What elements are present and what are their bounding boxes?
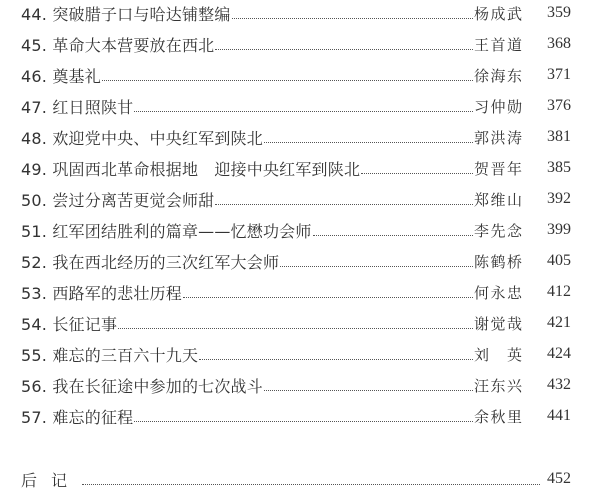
- toc-entry[interactable]: 53. 西路军的悲壮历程 何永忠 412: [21, 279, 571, 305]
- toc-entry[interactable]: 55. 难忘的三百六十九天 刘英 424: [21, 341, 571, 367]
- entry-author: 郑维山: [474, 189, 522, 210]
- entry-author: 陈鹤桥: [474, 251, 522, 272]
- entry-title: 56. 我在长征途中参加的七次战斗: [21, 374, 263, 397]
- toc-entry[interactable]: 52. 我在西北经历的三次红军大会师 陈鹤桥 405: [21, 248, 571, 274]
- toc-entry[interactable]: 54. 长征记事 谢觉哉 421: [21, 310, 571, 336]
- dot-leader: [313, 234, 473, 236]
- dot-leader: [134, 420, 473, 422]
- toc-entry[interactable]: 47. 红日照陕甘 习仲勋 376: [21, 93, 571, 119]
- entry-title: 53. 西路军的悲壮历程: [21, 281, 182, 304]
- toc-entry[interactable]: 44. 突破腊子口与哈达铺整编 杨成武 359: [21, 0, 571, 26]
- entry-author: 徐海东: [474, 65, 522, 86]
- entry-author: 刘英: [474, 344, 522, 365]
- entry-page-number: 368: [541, 35, 571, 53]
- entry-page-number: 421: [541, 314, 571, 332]
- entry-title: 45. 革命大本营要放在西北: [21, 33, 214, 56]
- toc-entry[interactable]: 56. 我在长征途中参加的七次战斗 汪东兴 432: [21, 372, 571, 398]
- toc-entry[interactable]: 45. 革命大本营要放在西北 王首道 368: [21, 31, 571, 57]
- entry-page-number: 376: [541, 97, 571, 115]
- dot-leader: [361, 172, 473, 174]
- entry-page-number: 359: [541, 4, 571, 22]
- toc-entry[interactable]: 46. 奠基礼 徐海东 371: [21, 62, 571, 88]
- entry-title: 54. 长征记事: [21, 312, 117, 335]
- dot-leader: [199, 358, 473, 360]
- entry-title: 57. 难忘的征程: [21, 405, 133, 428]
- entry-author: 余秋里: [474, 406, 522, 427]
- entry-title: 46. 奠基礼: [21, 64, 101, 87]
- entry-page-number: 399: [541, 221, 571, 239]
- entry-page-number: 424: [541, 345, 571, 363]
- entry-title: 48. 欢迎党中央、中央红军到陕北: [21, 126, 263, 149]
- entry-page-number: 412: [541, 283, 571, 301]
- dot-leader: [280, 265, 473, 267]
- entry-page-number: 432: [541, 376, 571, 394]
- entry-author: 汪东兴: [474, 375, 522, 396]
- dot-leader: [102, 79, 473, 81]
- dot-leader: [183, 296, 473, 298]
- afterword-page-number: 452: [541, 470, 571, 488]
- toc-entry[interactable]: 51. 红军团结胜利的篇章——忆懋功会师 李先念 399: [21, 217, 571, 243]
- entry-page-number: 371: [541, 66, 571, 84]
- entry-page-number: 385: [541, 159, 571, 177]
- entry-title: 51. 红军团结胜利的篇章——忆懋功会师: [21, 219, 312, 242]
- entry-author: 习仲勋: [474, 96, 522, 117]
- dot-leader: [134, 110, 473, 112]
- entry-title: 47. 红日照陕甘: [21, 95, 133, 118]
- entry-author: 杨成武: [474, 3, 522, 24]
- toc-entry[interactable]: 49. 巩固西北革命根据地 迎接中央红军到陕北 贺晋年 385: [21, 155, 571, 181]
- entry-page-number: 405: [541, 252, 571, 270]
- dot-leader: [118, 327, 473, 329]
- dot-leader: [215, 203, 473, 205]
- dot-leader: [82, 483, 540, 485]
- entry-author: 郭洪涛: [474, 127, 522, 148]
- dot-leader: [232, 17, 473, 19]
- entry-author: 何永忠: [474, 282, 522, 303]
- entry-title: 50. 尝过分离苦更觉会师甜: [21, 188, 214, 211]
- entry-title: 52. 我在西北经历的三次红军大会师: [21, 250, 279, 273]
- afterword-title: 后记: [21, 468, 81, 491]
- entry-page-number: 381: [541, 128, 571, 146]
- entry-author: 谢觉哉: [474, 313, 522, 334]
- toc-entry[interactable]: 57. 难忘的征程 余秋里 441: [21, 403, 571, 429]
- entry-title: 44. 突破腊子口与哈达铺整编: [21, 2, 231, 25]
- entry-title: 49. 巩固西北革命根据地 迎接中央红军到陕北: [21, 157, 360, 180]
- toc-entry-afterword[interactable]: 后记 452: [21, 466, 571, 491]
- entry-page-number: 392: [541, 190, 571, 208]
- entry-author: 贺晋年: [474, 158, 522, 179]
- entry-author: 王首道: [474, 34, 522, 55]
- dot-leader: [264, 141, 473, 143]
- toc-entry[interactable]: 48. 欢迎党中央、中央红军到陕北 郭洪涛 381: [21, 124, 571, 150]
- dot-leader: [215, 48, 473, 50]
- entry-author: 李先念: [474, 220, 522, 241]
- entry-title: 55. 难忘的三百六十九天: [21, 343, 198, 366]
- dot-leader: [264, 389, 473, 391]
- toc-entry[interactable]: 50. 尝过分离苦更觉会师甜 郑维山 392: [21, 186, 571, 212]
- entry-page-number: 441: [541, 407, 571, 425]
